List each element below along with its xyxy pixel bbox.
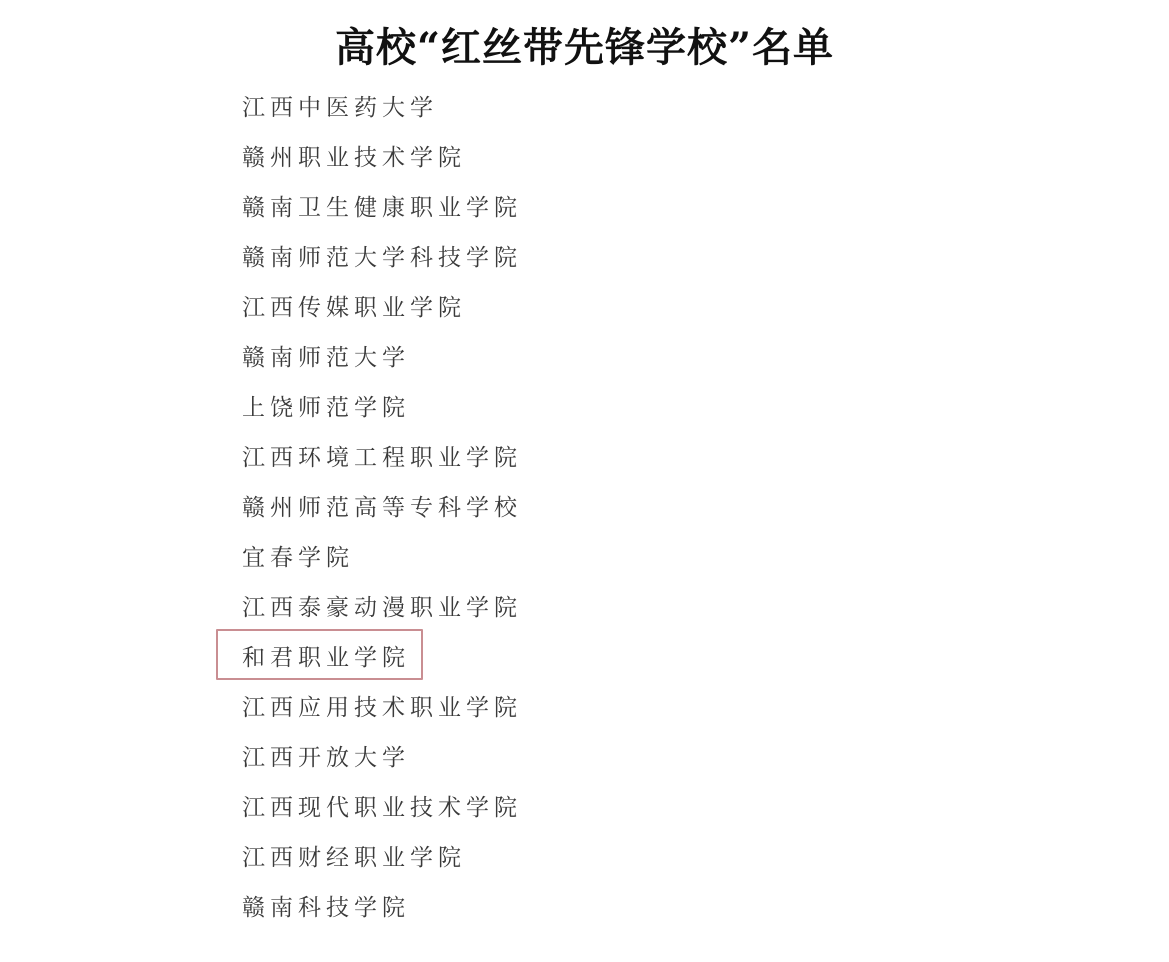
school-list-item: 赣南科技学院: [242, 886, 522, 936]
school-list-item: 江西现代职业技术学院: [242, 786, 522, 836]
document-title: 高校“红丝带先锋学校”名单: [0, 20, 1169, 76]
school-list-item: 上饶师范学院: [242, 386, 522, 436]
school-list-item: 赣州师范高等专科学校: [242, 486, 522, 536]
school-list-item: 江西财经职业学院: [242, 836, 522, 886]
school-list-item: 赣南师范大学科技学院: [242, 236, 522, 286]
school-list-item: 宜春学院: [242, 536, 522, 586]
school-list-item: 江西泰豪动漫职业学院: [242, 586, 522, 636]
school-list-item: 江西应用技术职业学院: [242, 686, 522, 736]
school-list-item: 赣州职业技术学院: [242, 136, 522, 186]
school-list-item: 赣南师范大学: [242, 336, 522, 386]
school-list-item: 江西传媒职业学院: [242, 286, 522, 336]
school-list-item: 赣南卫生健康职业学院: [242, 186, 522, 236]
school-list-item: 江西开放大学: [242, 736, 522, 786]
school-list-item: 江西环境工程职业学院: [242, 436, 522, 486]
school-list: 江西中医药大学 赣州职业技术学院 赣南卫生健康职业学院 赣南师范大学科技学院 江…: [242, 86, 522, 936]
school-list-item-highlighted: 和君职业学院: [242, 636, 522, 686]
school-list-item: 江西中医药大学: [242, 86, 522, 136]
